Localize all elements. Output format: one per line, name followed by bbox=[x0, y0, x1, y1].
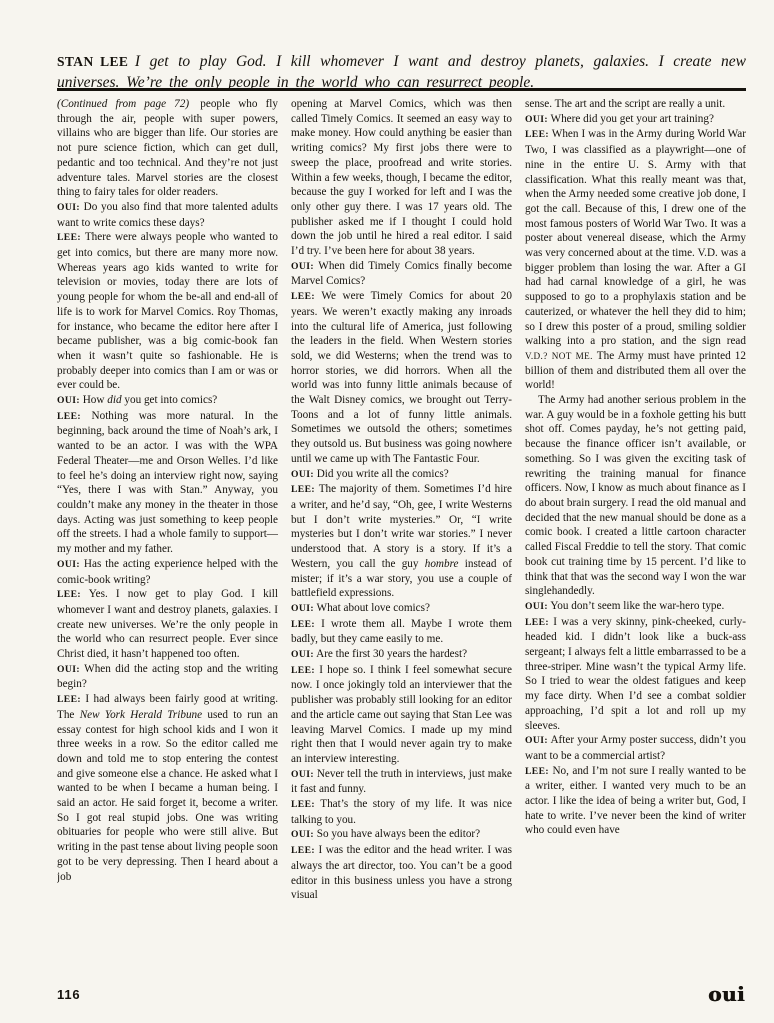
text-run: opening at Marvel Comics, which was then… bbox=[291, 98, 512, 257]
paragraph: OUI: Did you write all the comics? bbox=[291, 467, 512, 483]
text-run: used to run an essay contest for high sc… bbox=[57, 709, 278, 883]
text-run: sense. The art and the script are really… bbox=[525, 98, 725, 110]
text-run: people who fly through the air, people w… bbox=[57, 98, 278, 198]
paragraph: (Continued from page 72) people who fly … bbox=[57, 97, 278, 200]
horizontal-rule bbox=[57, 88, 746, 91]
paragraph: LEE: Yes. I now get to play God. I kill … bbox=[57, 587, 278, 662]
speaker-label: LEE: bbox=[57, 589, 81, 600]
paragraph: OUI: Do you also find that more talented… bbox=[57, 200, 278, 230]
paragraph: OUI: Are the first 30 years the hardest? bbox=[291, 647, 512, 663]
article-body: (Continued from page 72) people who fly … bbox=[57, 97, 746, 987]
paragraph: OUI: You don’t seem like the war-hero ty… bbox=[525, 599, 746, 615]
column-1: (Continued from page 72) people who fly … bbox=[57, 97, 278, 987]
text-run: When did Timely Comics finally become Ma… bbox=[291, 260, 512, 288]
text-run: Are the first 30 years the hardest? bbox=[316, 648, 467, 660]
text-run: I was a very skinny, pink-cheeked, curly… bbox=[525, 616, 746, 732]
speaker-label: OUI: bbox=[525, 601, 548, 612]
speaker-label: LEE: bbox=[525, 129, 549, 140]
paragraph: LEE: I hope so. I think I feel somewhat … bbox=[291, 663, 512, 767]
page-number: 116 bbox=[57, 987, 80, 1002]
speaker-label: LEE: bbox=[291, 484, 315, 495]
paragraph: OUI: What about love comics? bbox=[291, 601, 512, 617]
paragraph: OUI: When did the acting stop and the wr… bbox=[57, 662, 278, 692]
speaker-name: STAN LEE bbox=[57, 54, 128, 69]
text-run: you get into comics? bbox=[122, 394, 218, 406]
pull-quote-text: I get to play God. I kill whomever I wan… bbox=[57, 53, 746, 91]
text-run: Where did you get your art training? bbox=[551, 113, 714, 125]
text-run: You don’t seem like the war-hero type. bbox=[550, 600, 724, 612]
text-run: So you have always been the editor? bbox=[317, 828, 480, 840]
magazine-brand-logo: oui bbox=[708, 982, 745, 1006]
text-run: Did you write all the comics? bbox=[317, 468, 449, 480]
text-run: The Army had another serious problem in … bbox=[525, 394, 746, 597]
speaker-label: OUI: bbox=[57, 202, 80, 213]
paragraph: OUI: When did Timely Comics finally beco… bbox=[291, 259, 512, 289]
speaker-label: LEE: bbox=[291, 619, 315, 630]
text-run: How bbox=[83, 394, 108, 406]
paragraph: OUI: Never tell the truth in interviews,… bbox=[291, 767, 512, 797]
paragraph: OUI: How did you get into comics? bbox=[57, 393, 278, 409]
text-run: Yes. I now get to play God. I kill whome… bbox=[57, 588, 278, 660]
speaker-label: OUI: bbox=[57, 395, 80, 406]
text-run: We were Timely Comics for about 20 years… bbox=[291, 290, 512, 465]
speaker-label: OUI: bbox=[291, 769, 314, 780]
speaker-label: OUI: bbox=[57, 559, 80, 570]
paragraph: OUI: Has the acting experience helped wi… bbox=[57, 557, 278, 587]
speaker-label: OUI: bbox=[291, 649, 314, 660]
text-run: Do you also find that more talented adul… bbox=[57, 201, 278, 229]
pull-quote-header: STAN LEE I get to play God. I kill whome… bbox=[57, 51, 746, 93]
text-run: hombre bbox=[425, 558, 459, 570]
text-run: What about love comics? bbox=[317, 602, 430, 614]
paragraph: LEE: There were always people who wanted… bbox=[57, 230, 278, 393]
paragraph: LEE: I had always been fairly good at wr… bbox=[57, 692, 278, 884]
paragraph: OUI: So you have always been the editor? bbox=[291, 827, 512, 843]
speaker-label: OUI: bbox=[525, 735, 548, 746]
text-run: I was the editor and the head writer. I … bbox=[291, 844, 512, 901]
speaker-label: LEE: bbox=[57, 411, 81, 422]
speaker-label: LEE: bbox=[291, 845, 315, 856]
column-2: opening at Marvel Comics, which was then… bbox=[291, 97, 512, 987]
paragraph: LEE: No, and I’m not sure I really wante… bbox=[525, 764, 746, 839]
magazine-page: STAN LEE I get to play God. I kill whome… bbox=[0, 0, 774, 1023]
speaker-label: LEE: bbox=[525, 766, 549, 777]
text-run: There were always people who wanted to g… bbox=[57, 231, 278, 391]
speaker-label: OUI: bbox=[291, 603, 314, 614]
paragraph: sense. The art and the script are really… bbox=[525, 97, 746, 112]
paragraph: LEE: Nothing was more natural. In the be… bbox=[57, 409, 278, 557]
speaker-label: OUI: bbox=[291, 829, 314, 840]
column-3: sense. The art and the script are really… bbox=[525, 97, 746, 987]
speaker-label: LEE: bbox=[291, 799, 315, 810]
paragraph: OUI: After your Army poster success, did… bbox=[525, 733, 746, 763]
text-run: When did the acting stop and the writing… bbox=[57, 663, 278, 691]
paragraph: LEE: I was a very skinny, pink-cheeked, … bbox=[525, 615, 746, 734]
paragraph: opening at Marvel Comics, which was then… bbox=[291, 97, 512, 259]
speaker-label: OUI: bbox=[291, 261, 314, 272]
text-run: After your Army poster success, didn’t y… bbox=[525, 734, 746, 762]
text-run: I wrote them all. Maybe I wrote them bad… bbox=[291, 618, 512, 646]
text-run: When I was in the Army during World War … bbox=[525, 128, 746, 347]
text-run: That’s the story of my life. It was nice… bbox=[291, 798, 512, 826]
text-run: I hope so. I think I feel somewhat secur… bbox=[291, 664, 512, 765]
speaker-label: LEE: bbox=[291, 665, 315, 676]
text-run: V.D.? NOT ME. bbox=[525, 351, 593, 361]
text-run: New York Herald Tribune bbox=[80, 709, 202, 721]
paragraph: The Army had another serious problem in … bbox=[525, 393, 746, 599]
paragraph: LEE: I wrote them all. Maybe I wrote the… bbox=[291, 617, 512, 647]
paragraph: LEE: I was the editor and the head write… bbox=[291, 843, 512, 903]
text-run: No, and I’m not sure I really wanted to … bbox=[525, 765, 746, 837]
paragraph: LEE: When I was in the Army during World… bbox=[525, 127, 746, 393]
paragraph: LEE: We were Timely Comics for about 20 … bbox=[291, 289, 512, 466]
text-run: Has the acting experience helped with th… bbox=[57, 558, 278, 586]
speaker-label: OUI: bbox=[525, 114, 548, 125]
speaker-label: LEE: bbox=[57, 694, 81, 705]
text-run: Nothing was more natural. In the beginni… bbox=[57, 410, 278, 555]
text-run: Never tell the truth in interviews, just… bbox=[291, 768, 512, 796]
text-run: did bbox=[107, 394, 121, 406]
speaker-label: LEE: bbox=[57, 232, 81, 243]
paragraph: LEE: That’s the story of my life. It was… bbox=[291, 797, 512, 827]
paragraph: LEE: The majority of them. Sometimes I’d… bbox=[291, 482, 512, 601]
text-run: (Continued from page 72) bbox=[57, 98, 189, 110]
speaker-label: LEE: bbox=[291, 291, 315, 302]
speaker-label: OUI: bbox=[291, 469, 314, 480]
speaker-label: LEE: bbox=[525, 617, 549, 628]
speaker-label: OUI: bbox=[57, 664, 80, 675]
paragraph: OUI: Where did you get your art training… bbox=[525, 112, 746, 128]
